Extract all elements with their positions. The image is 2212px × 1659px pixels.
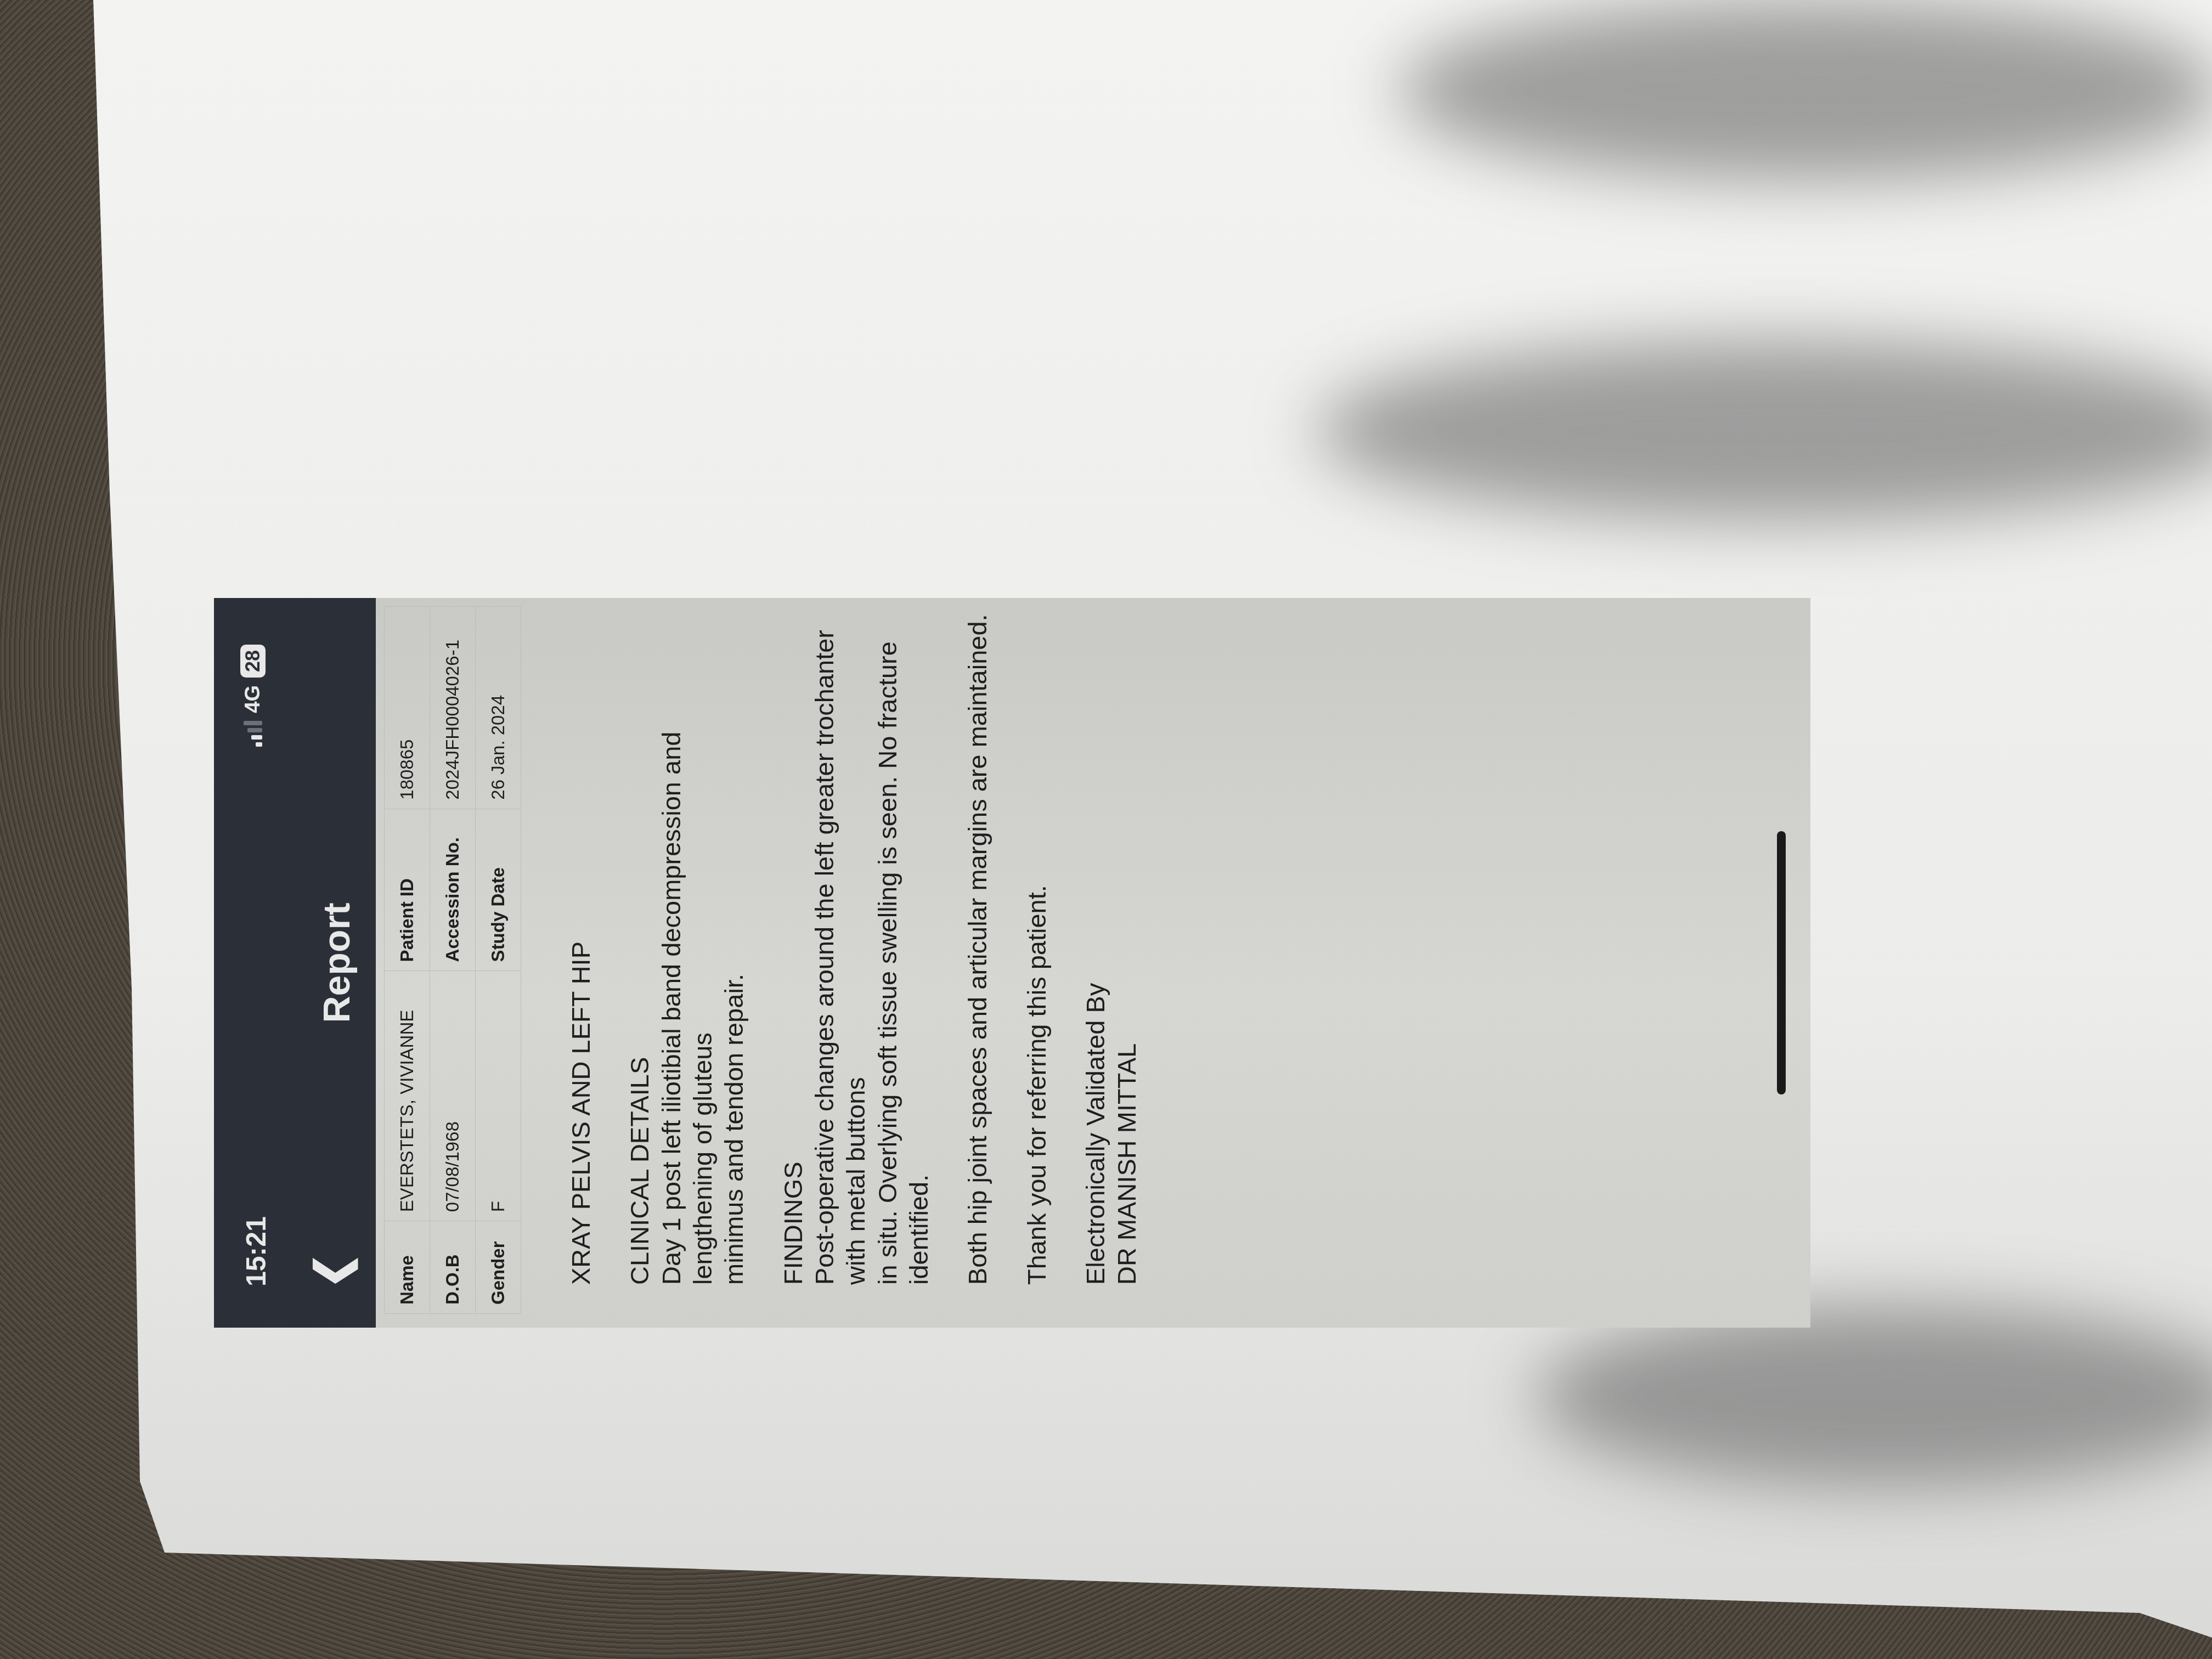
accession-label: Accession No. (430, 809, 476, 971)
findings-section: FINDINGS Post-operative changes around t… (777, 605, 935, 1285)
exam-title: XRAY PELVIS AND LEFT HIP (565, 605, 596, 1285)
clinical-details-section: CLINICAL DETAILS Day 1 post left iliotib… (624, 605, 749, 1285)
table-row: Name EVERSTETS, VIVIANNE Patient ID 1808… (385, 607, 430, 1314)
status-indicators: 4G 28 (240, 645, 266, 747)
home-indicator[interactable] (1777, 831, 1786, 1094)
patient-id-label: Patient ID (385, 809, 430, 971)
hand-shadow (1317, 340, 2212, 521)
page-title: Report (315, 598, 358, 1328)
clinical-details-heading: CLINICAL DETAILS (624, 605, 655, 1285)
validated-label: Electronically Validated By (1080, 605, 1111, 1285)
study-date-value: 26 Jan. 2024 (476, 607, 521, 809)
hand-shadow (1399, 0, 2212, 181)
app-header: 15:21 4G 28 ❮ Report (214, 598, 376, 1328)
clinical-line: minimus and tendon repair. (718, 605, 749, 1285)
findings-line: Post-operative changes around the left g… (809, 605, 872, 1285)
status-time: 15:21 (240, 1216, 272, 1286)
clinical-line: Day 1 post left iliotibial band decompre… (656, 605, 719, 1285)
patient-id-value: 180865 (385, 607, 430, 809)
findings-line: in situ. Overlying soft tissue swelling … (872, 605, 935, 1285)
accession-value: 2024JFH0004026-1 (430, 607, 476, 809)
dob-value: 07/08/1968 (430, 971, 476, 1221)
findings-heading: FINDINGS (777, 605, 809, 1285)
thanks-text: Thank you for referring this patient. (1021, 605, 1052, 1285)
name-label: Name (385, 1221, 430, 1314)
report-body: XRAY PELVIS AND LEFT HIP CLINICAL DETAIL… (565, 605, 1143, 1285)
joint-statement: Both hip joint spaces and articular marg… (962, 605, 993, 1285)
gender-label: Gender (476, 1221, 521, 1314)
phone-screen: 15:21 4G 28 ❮ Report Name EVERSTETS, VIV… (214, 598, 1810, 1328)
validated-by: DR MANISH MITTAL (1111, 605, 1142, 1285)
network-label: 4G (241, 685, 265, 713)
table-row: D.O.B 07/08/1968 Accession No. 2024JFH00… (430, 607, 476, 1314)
patient-info-table: Name EVERSTETS, VIVIANNE Patient ID 1808… (384, 606, 521, 1314)
signal-icon (244, 721, 262, 747)
battery-icon: 28 (240, 645, 266, 678)
study-date-label: Study Date (476, 809, 521, 971)
gender-value: F (476, 971, 521, 1221)
name-value: EVERSTETS, VIVIANNE (385, 971, 430, 1221)
table-row: Gender F Study Date 26 Jan. 2024 (476, 607, 521, 1314)
dob-label: D.O.B (430, 1221, 476, 1314)
